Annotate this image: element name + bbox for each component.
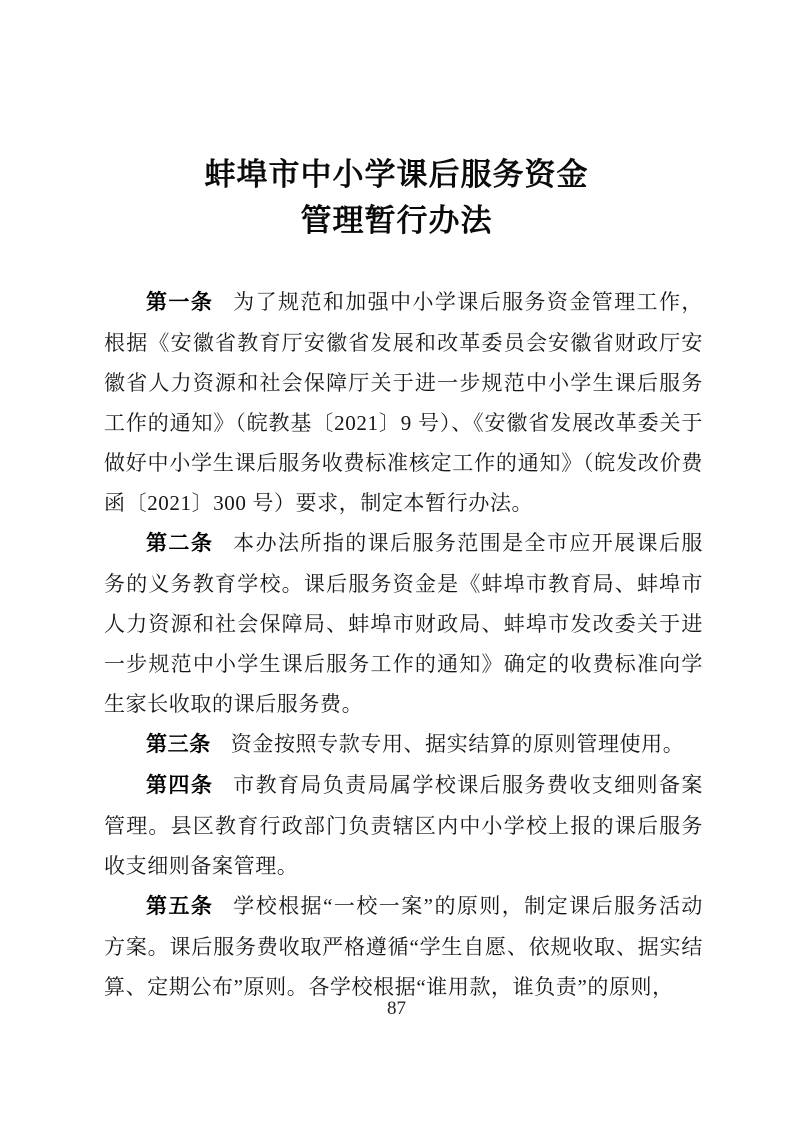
document-page: 蚌埠市中小学课后服务资金 管理暂行办法 第一条为了规范和加强中小学课后服务资金管… bbox=[0, 0, 793, 1122]
article-number-1: 第一条 bbox=[146, 291, 213, 314]
page-number: 87 bbox=[0, 998, 793, 1020]
article-text-3: 资金按照专款专用、据实结算的原则管理使用。 bbox=[231, 732, 685, 756]
article-paragraph-5: 第五条学校根据“一校一案”的原则，制定课后服务活动方案。课后服务费收取严格遵循“… bbox=[104, 886, 703, 1007]
article-paragraph-4: 第四条市教育局负责局属学校课后服务费收支细则备案管理。县区教育行政部门负责辖区内… bbox=[104, 765, 703, 886]
article-paragraph-1: 第一条为了规范和加强中小学课后服务资金管理工作，根据《安徽省教育厅安徽省发展和改… bbox=[104, 282, 703, 523]
document-body: 第一条为了规范和加强中小学课后服务资金管理工作，根据《安徽省教育厅安徽省发展和改… bbox=[104, 282, 703, 1007]
article-number-5: 第五条 bbox=[146, 895, 213, 918]
article-text-1: 为了规范和加强中小学课后服务资金管理工作，根据《安徽省教育厅安徽省发展和改革委员… bbox=[104, 290, 703, 515]
document-title: 蚌埠市中小学课后服务资金 管理暂行办法 bbox=[0, 152, 793, 244]
document-title-line1: 蚌埠市中小学课后服务资金 bbox=[205, 157, 589, 192]
article-text-2: 本办法所指的课后服务范围是全市应开展课后服务的义务教育学校。课后服务资金是《蚌埠… bbox=[104, 531, 703, 716]
article-number-2: 第二条 bbox=[146, 532, 213, 555]
document-title-line2: 管理暂行办法 bbox=[301, 203, 493, 238]
article-paragraph-3: 第三条资金按照专款专用、据实结算的原则管理使用。 bbox=[104, 724, 703, 765]
article-paragraph-2: 第二条本办法所指的课后服务范围是全市应开展课后服务的义务教育学校。课后服务资金是… bbox=[104, 523, 703, 724]
article-number-4: 第四条 bbox=[146, 774, 213, 797]
article-number-3: 第三条 bbox=[146, 733, 211, 756]
